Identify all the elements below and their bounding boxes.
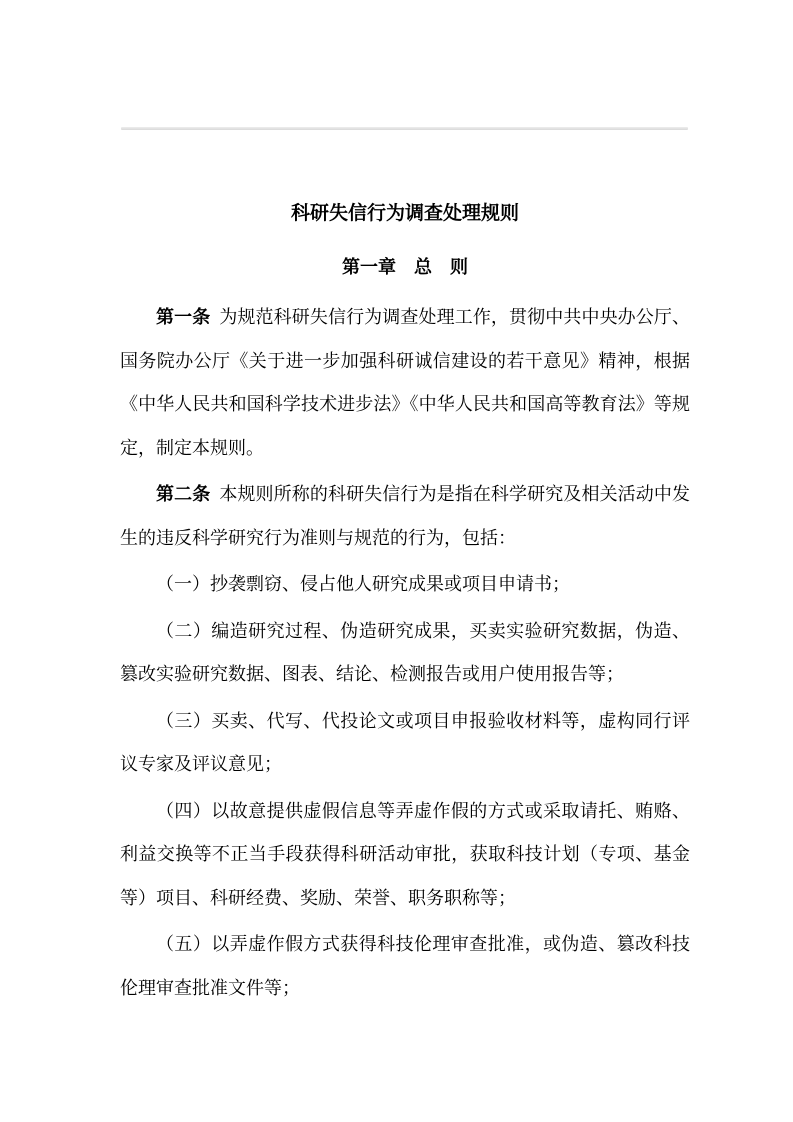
- list-item-5: （五）以弄虚作假方式获得科技伦理审查批准，或伪造、篡改科技伦理审查批准文件等；: [120, 923, 690, 1010]
- list-item-4: （四）以故意提供虚假信息等弄虚作假的方式或采取请托、贿赂、利益交换等不正当手段获…: [120, 790, 690, 921]
- paragraph-text: （二）编造研究过程、伪造研究成果，买卖实验研究数据，伪造、篡改实验研究数据、图表…: [120, 621, 690, 685]
- list-item-1: （一）抄袭剽窃、侵占他人研究成果或项目申请书；: [120, 563, 690, 607]
- document-page: 科研失信行为调查处理规则 第一章 总 则 第一条为规范科研失信行为调查处理工作，…: [0, 0, 793, 1122]
- paragraph-article-2: 第二条本规则所称的科研失信行为是指在科学研究及相关活动中发生的违反科学研究行为准…: [120, 473, 690, 560]
- paragraph-text: （三）买卖、代写、代投论文或项目申报验收材料等，虚构同行评议专家及评议意见；: [120, 711, 690, 775]
- paragraph-text: （五）以弄虚作假方式获得科技伦理审查批准，或伪造、篡改科技伦理审查批准文件等；: [120, 934, 690, 998]
- document-body: 科研失信行为调查处理规则 第一章 总 则 第一条为规范科研失信行为调查处理工作，…: [120, 192, 690, 1010]
- paragraph-text: （四）以故意提供虚假信息等弄虚作假的方式或采取请托、贿赂、利益交换等不正当手段获…: [120, 801, 690, 908]
- paragraph-article-1: 第一条为规范科研失信行为调查处理工作，贯彻中共中央办公厅、国务院办公厅《关于进一…: [120, 296, 690, 470]
- list-item-2: （二）编造研究过程、伪造研究成果，买卖实验研究数据，伪造、篡改实验研究数据、图表…: [120, 610, 690, 697]
- paragraph-text: 为规范科研失信行为调查处理工作，贯彻中共中央办公厅、国务院办公厅《关于进一步加强…: [120, 307, 690, 458]
- list-item-3: （三）买卖、代写、代投论文或项目申报验收材料等，虚构同行评议专家及评议意见；: [120, 700, 690, 787]
- chapter-heading: 第一章 总 则: [120, 245, 690, 289]
- article-number: 第二条: [156, 484, 210, 504]
- paragraph-text: （一）抄袭剽窃、侵占他人研究成果或项目申请书；: [156, 574, 570, 594]
- article-number: 第一条: [156, 307, 210, 327]
- document-title: 科研失信行为调查处理规则: [120, 192, 690, 236]
- header-divider: [121, 127, 688, 130]
